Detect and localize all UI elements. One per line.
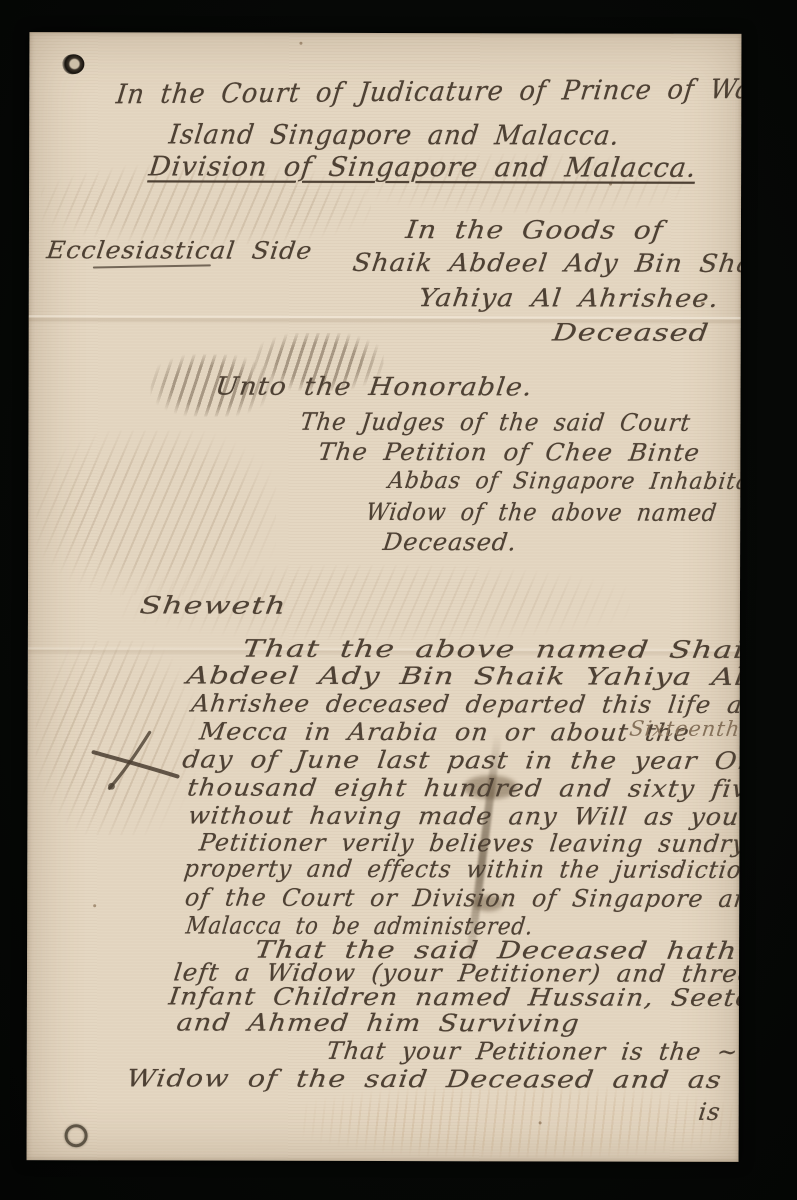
closing-line: is: [697, 1098, 723, 1126]
address-line: The Petition of Chee Binte: [317, 438, 702, 467]
goods-line: Yahiya Al Ahrishee.: [417, 283, 721, 313]
closing-line: Widow of the said Deceased and as such: [125, 1064, 741, 1094]
bleedthrough-marks: [299, 1085, 739, 1158]
paper: In the Court of Judicature of Prince of …: [27, 32, 742, 1162]
body-line: and Ahmed him Surviving: [175, 1008, 581, 1037]
address-line: Widow of the above named: [364, 498, 718, 527]
goods-line: In the Goods of: [404, 215, 665, 245]
ink-x-mark: [87, 728, 183, 794]
body-line: day of June last past in the year One: [181, 745, 742, 775]
ecclesiastical-side-label: Ecclesiastical Side: [45, 236, 314, 265]
address-line: Unto the Honorable.: [214, 372, 535, 402]
body-line: Mecca in Arabia on or about the: [198, 718, 692, 747]
body-line: without having made any Will as your: [187, 801, 742, 830]
address-line: The Judges of the said Court: [299, 408, 693, 437]
court-heading-line-2: Island Singapore and Malacca.: [167, 119, 621, 151]
bleedthrough-marks: [36, 430, 276, 596]
closing-line: That your Petitioner is the ~: [325, 1037, 740, 1066]
body-line: Infant Children named Hussain, Seetee: [167, 982, 741, 1012]
side-label-underline: [93, 264, 211, 268]
body-line: Ahrishee deceased departed this life at: [190, 690, 742, 719]
body-line: property and effects within the jurisdic…: [183, 854, 742, 883]
sheweth-label: Sheweth: [138, 591, 288, 619]
goods-line: Deceased: [551, 318, 711, 346]
foxing-speck: [299, 42, 302, 45]
foxing-speck: [93, 904, 96, 907]
court-heading-line-1: In the Court of Judicature of Prince of …: [115, 74, 742, 111]
inserted-word-sixteenth: Sixteenth: [628, 717, 741, 741]
address-line: Deceased.: [381, 528, 518, 556]
address-line: Abbas of Singapore Inhabitant: [387, 468, 742, 495]
body-line: Petitioner verily believes leaving sundr…: [198, 829, 742, 858]
foxing-speck: [539, 1121, 542, 1124]
photograph-background: { "palette":{"background":"#070a07","pap…: [0, 0, 797, 1200]
body-line: thousand eight hundred and sixty five: [186, 773, 742, 803]
eyelet-ring: [65, 1124, 88, 1147]
division-heading: Division of Singapore and Malacca.: [147, 151, 698, 183]
punch-hole: [61, 52, 87, 76]
body-line: of the Court or Division of Singapore an…: [183, 883, 741, 913]
body-line: Abdeel Ady Bin Shaik Yahiya Al: [185, 661, 741, 690]
goods-line: Shaik Abdeel Ady Bin Shaik: [351, 248, 741, 278]
body-line: That the above named Shaik: [241, 635, 741, 664]
